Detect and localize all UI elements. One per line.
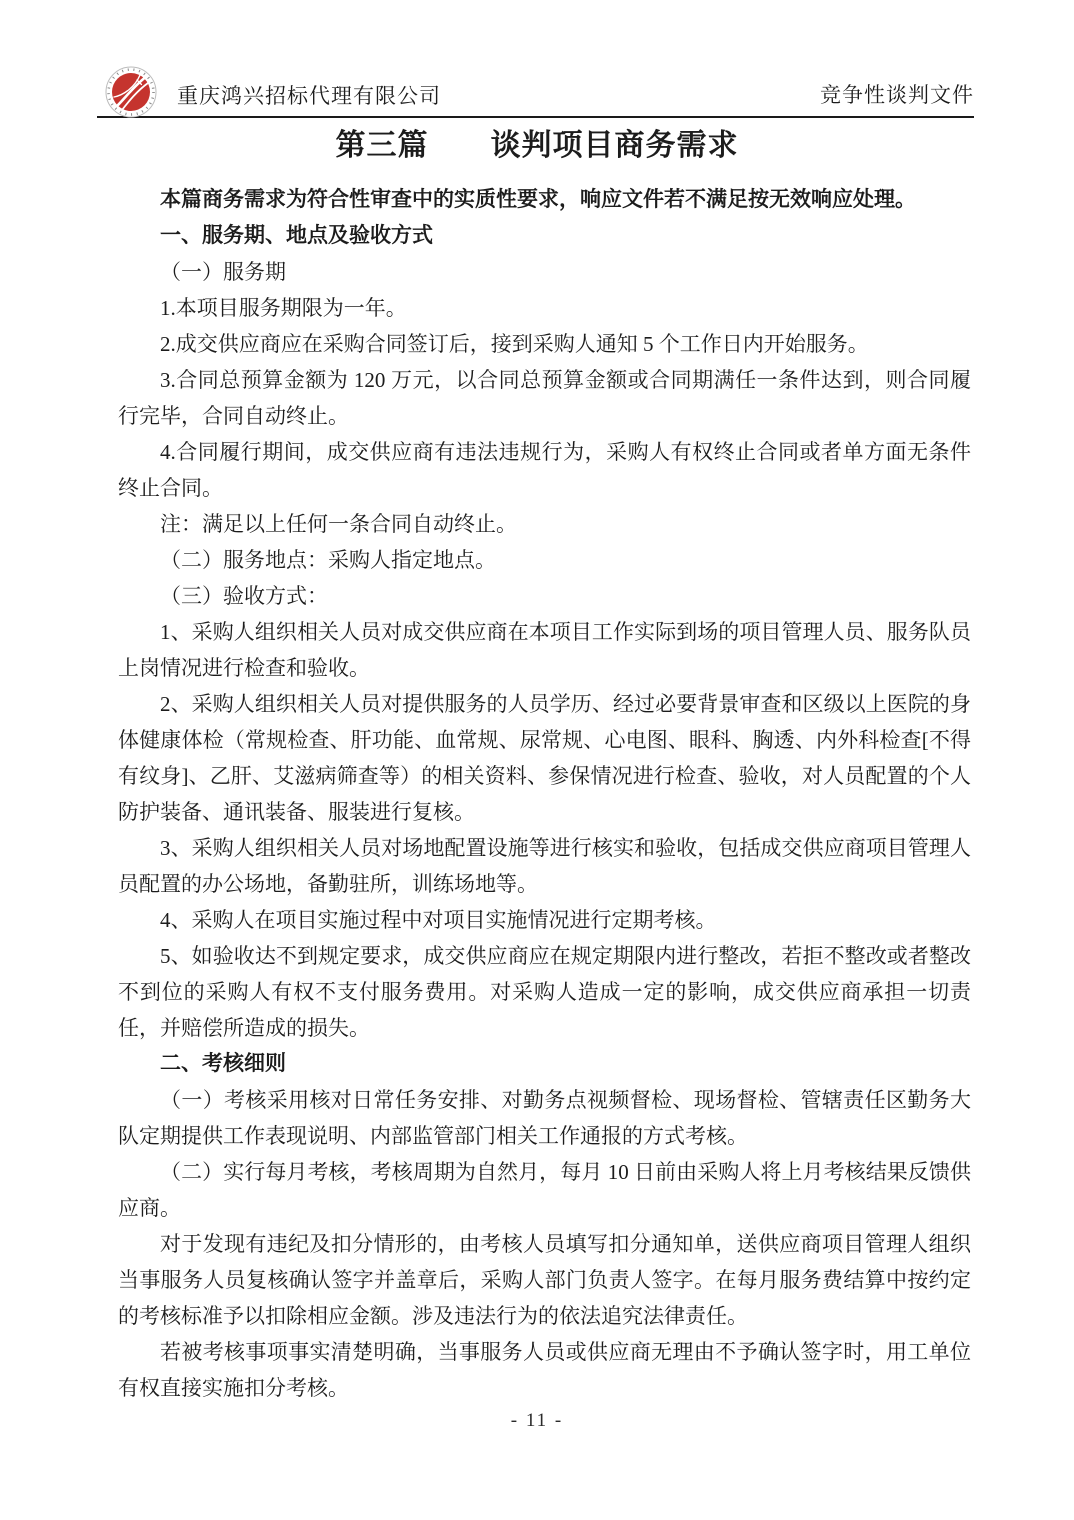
page-number: - 11 -	[0, 1410, 1074, 1432]
paragraph-note: 注：满足以上任何一条合同自动终止。	[118, 506, 971, 542]
company-logo-icon	[105, 66, 157, 118]
paragraph-service-period: （一）服务期	[118, 254, 971, 290]
paragraph-intro: 本篇商务需求为符合性审查中的实质性要求，响应文件若不满足按无效响应处理。	[118, 182, 971, 218]
document-page: 重庆鸿兴招标代理有限公司 竞争性谈判文件 第三篇 谈判项目商务需求 本篇商务需求…	[0, 0, 1074, 1520]
page-title: 第三篇 谈判项目商务需求	[0, 120, 1074, 164]
paragraph-refusal: 若被考核事项事实清楚明确，当事服务人员或供应商无理由不予确认签字时，用工单位有权…	[118, 1334, 971, 1406]
company-name: 重庆鸿兴招标代理有限公司	[177, 80, 441, 110]
paragraph-deduction: 对于发现有违纪及扣分情形的，由考核人员填写扣分通知单，送供应商项目管理人组织当事…	[118, 1226, 971, 1334]
doc-type-label: 竞争性谈判文件	[820, 79, 974, 109]
paragraph-acceptance-4: 4、采购人在项目实施过程中对项目实施情况进行定期考核。	[118, 902, 971, 938]
paragraph-acceptance-method: （三）验收方式：	[118, 578, 971, 614]
paragraph-acceptance-5: 5、如验收达不到规定要求，成交供应商应在规定期限内进行整改，若拒不整改或者整改不…	[118, 938, 971, 1046]
section-heading-1: 一、服务期、地点及验收方式	[118, 218, 971, 254]
paragraph-item-4: 4.合同履行期间，成交供应商有违法违规行为，采购人有权终止合同或者单方面无条件终…	[118, 434, 971, 506]
paragraph-item-2: 2.成交供应商应在采购合同签订后，接到采购人通知 5 个工作日内开始服务。	[118, 326, 971, 362]
paragraph-acceptance-3: 3、采购人组织相关人员对场地配置设施等进行核实和验收，包括成交供应商项目管理人员…	[118, 830, 971, 902]
paragraph-assessment-2: （二）实行每月考核，考核周期为自然月，每月 10 日前由采购人将上月考核结果反馈…	[118, 1154, 971, 1226]
paragraph-item-1: 1.本项目服务期限为一年。	[118, 290, 971, 326]
paragraph-service-location: （二）服务地点：采购人指定地点。	[118, 542, 971, 578]
document-body: 本篇商务需求为符合性审查中的实质性要求，响应文件若不满足按无效响应处理。 一、服…	[118, 182, 971, 1406]
section-heading-2: 二、考核细则	[118, 1046, 971, 1082]
paragraph-acceptance-1: 1、采购人组织相关人员对成交供应商在本项目工作实际到场的项目管理人员、服务队员上…	[118, 614, 971, 686]
paragraph-item-3: 3.合同总预算金额为 120 万元，以合同总预算金额或合同期满任一条件达到，则合…	[118, 362, 971, 434]
paragraph-acceptance-2: 2、采购人组织相关人员对提供服务的人员学历、经过必要背景审查和区级以上医院的身体…	[118, 686, 971, 830]
page-header: 重庆鸿兴招标代理有限公司 竞争性谈判文件	[97, 62, 974, 118]
paragraph-assessment-1: （一）考核采用核对日常任务安排、对勤务点视频督检、现场督检、管辖责任区勤务大队定…	[118, 1082, 971, 1154]
